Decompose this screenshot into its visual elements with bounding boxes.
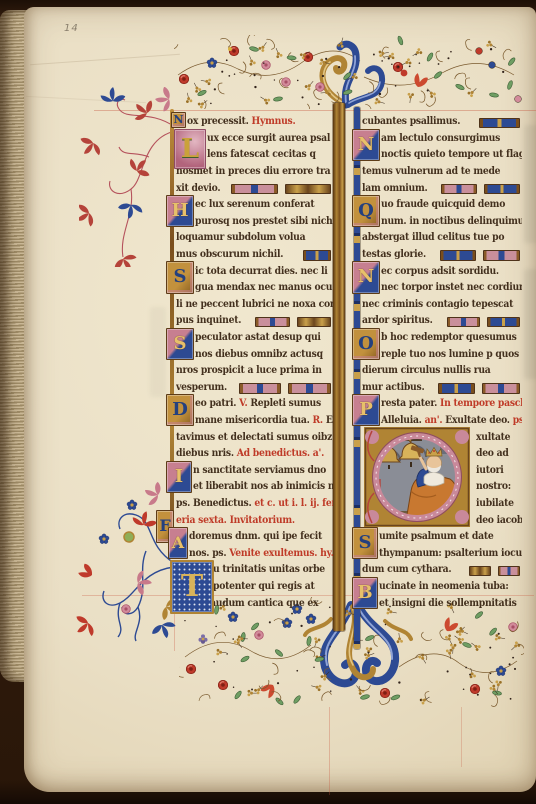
- vine-curl-motif: [174, 40, 179, 51]
- line-text: resta pater. In tempore pasch.: [381, 397, 522, 409]
- border-dot-motif: [213, 661, 215, 663]
- border-dot-motif: [510, 698, 512, 700]
- line-filler: [231, 184, 277, 195]
- line-text: umite psalmum et date: [379, 530, 493, 542]
- line-text: loquamur subdolum volua: [176, 231, 305, 243]
- border-dot-motif: [397, 66, 399, 68]
- text-line: doremus dnm. qui ipe fecit: [176, 528, 333, 545]
- manuscript-page: 14: [24, 7, 536, 792]
- line-text: n sanctitate serviamus dno: [193, 464, 326, 476]
- gold-trefoil-motif: [200, 77, 211, 85]
- intercolumn-bar: [333, 103, 345, 631]
- leaf-motif: [250, 622, 259, 631]
- text-column-right: cubantes psallimus.am lectulo consurgimu…: [362, 113, 522, 615]
- line-text: deo iacob.: [476, 514, 522, 526]
- body-text: loquamur subdolum volua: [176, 231, 305, 243]
- line-text: deo ad: [476, 447, 509, 459]
- illuminated-initial: N: [352, 261, 380, 293]
- border-dot-motif: [489, 647, 491, 649]
- body-text: ps. Benedictus.: [176, 497, 254, 509]
- gold-trefoil-motif: [407, 93, 414, 104]
- illuminated-initial: S: [166, 328, 194, 360]
- line-text: li ne peccent lubrici ne noxa cor: [176, 298, 333, 310]
- text-line: nos. ps. Venite exultemus. hy.: [176, 545, 333, 562]
- line-filler: [479, 118, 520, 129]
- leaf-motif: [234, 690, 243, 700]
- illuminated-initial: N: [352, 129, 380, 161]
- line-text: iubilate: [476, 497, 514, 509]
- gold-trefoil-motif: [310, 683, 321, 692]
- line-text: mus obscurum nichil.: [176, 248, 283, 260]
- gold-trefoil-motif: [304, 79, 315, 91]
- text-line: lam omnium.: [362, 179, 522, 196]
- text-line: ucinate in neomenia tuba:: [362, 578, 522, 595]
- gold-trefoil-motif: [453, 633, 465, 644]
- text-line: pus inquinet.: [176, 312, 333, 329]
- line-text: xit devio.: [176, 182, 220, 194]
- line-text: purosq nos prestet sibi nichil: [195, 215, 333, 227]
- gold-trefoil-motif: [378, 49, 389, 57]
- body-text: xit devio.: [176, 182, 220, 194]
- rubric-text: Venite exultemus. hy.: [229, 547, 333, 559]
- line-text: Alleluia. an'. Exultate deo. ps. id.: [381, 414, 522, 426]
- line-filler: [285, 184, 331, 195]
- vine-curl-motif: [463, 77, 475, 90]
- text-line: et insigni die sollempnitatis: [362, 594, 522, 611]
- text-line: ox precessit. Hymnus.: [176, 113, 333, 130]
- body-text: nos diebus omnibz actusq: [195, 348, 323, 360]
- line-text: ux ecce surgit aurea psal: [207, 132, 330, 144]
- rubric-text: eria sexta. Invitatorium.: [176, 514, 295, 526]
- line-text: vesperum.: [176, 381, 227, 393]
- border-dot-motif: [385, 624, 387, 626]
- border-dot-motif: [226, 653, 228, 655]
- line-filler: [447, 317, 480, 328]
- body-text: Exultate deo.: [445, 414, 512, 426]
- line-text: u trinitatis unitas orbe: [213, 563, 325, 575]
- border-dot-motif: [318, 103, 320, 105]
- line-text: lam omnium.: [362, 182, 427, 194]
- line-text: nos. ps. Venite exultemus. hy.: [189, 547, 333, 559]
- illuminated-initial: D: [166, 394, 194, 426]
- text-line: am lectulo consurgimus: [362, 130, 522, 147]
- line-text: diebus nris. Ad benedictus. a'.: [176, 447, 324, 459]
- text-column-left: ox precessit. Hymnus.Nux ecce surgit aur…: [176, 113, 333, 615]
- leaf-motif: [240, 632, 245, 642]
- body-text: ec corpus adsit sordidu.: [381, 265, 499, 277]
- text-line: nos diebus omnibz actusq: [176, 345, 333, 362]
- leaf-motif: [397, 35, 404, 45]
- text-line: gua mendax nec manus ocu: [176, 279, 333, 296]
- border-dot-motif: [269, 621, 271, 623]
- miniature-david-bells: [364, 427, 470, 527]
- rubric-text: In tempore pasch.: [440, 397, 522, 409]
- body-text: Repleti sumus: [250, 397, 321, 409]
- line-text: nros prospicit a luce prima in: [176, 364, 322, 376]
- gold-trefoil-motif: [184, 92, 192, 103]
- border-dot-motif: [277, 682, 279, 684]
- body-text: pus inquinet.: [176, 314, 241, 326]
- body-text: lam omnium.: [362, 182, 427, 194]
- body-text: num. in noctibus delinquimus: [381, 215, 522, 227]
- vine-curl-motif: [434, 50, 447, 63]
- border-dot-motif: [210, 103, 212, 105]
- text-line: num. in noctibus delinquimus: [362, 213, 522, 230]
- body-text: ic tota decurrat dies. nec li: [195, 265, 327, 277]
- body-text: nec criminis contagio tepescat: [362, 298, 513, 310]
- line-text: cubantes psallimus.: [362, 115, 460, 127]
- body-text: nostro:: [476, 480, 511, 492]
- body-text: uo fraude quicquid demo: [381, 198, 505, 210]
- illuminated-initial: I: [166, 461, 192, 493]
- border-dot-motif: [232, 638, 234, 640]
- border-dot-motif: [447, 670, 449, 672]
- text-line: testas glorie.: [362, 246, 522, 263]
- body-text: umite psalmum et date: [379, 530, 493, 542]
- body-text: b hoc redemptor quesumus: [381, 331, 517, 343]
- border-dot-motif: [234, 73, 236, 75]
- body-text: resta pater.: [381, 397, 440, 409]
- illuminated-initial: S: [352, 527, 378, 559]
- vine-curl-motif: [302, 104, 309, 109]
- border-dot-motif: [391, 63, 393, 65]
- body-text: lens fatescat cecitas q: [207, 148, 316, 160]
- line-filler: [288, 383, 331, 394]
- text-line: dierum circulus nullis rua: [362, 362, 522, 379]
- leaf-motif: [365, 634, 375, 641]
- vine-curl-motif: [320, 690, 332, 703]
- line-text: gua mendax nec manus ocu: [195, 281, 332, 293]
- line-text: iutori: [476, 464, 503, 476]
- show-through-smudge: [524, 269, 536, 379]
- border-dot-motif: [338, 66, 340, 68]
- text-line: vesperum.: [176, 379, 333, 396]
- body-text: deo iacob.: [476, 514, 522, 526]
- line-text: num. in noctibus delinquimus: [381, 215, 522, 227]
- leaf-motif: [287, 55, 297, 60]
- border-dot-motif: [465, 667, 467, 669]
- illuminated-initial: N: [171, 112, 186, 128]
- rubric-text: Hymnus.: [252, 115, 296, 127]
- line-text: uo fraude quicquid demo: [381, 198, 505, 210]
- text-line: thympanum: psalterium iocun: [362, 545, 522, 562]
- border-dot-motif: [301, 96, 303, 98]
- line-text: nostro:: [476, 480, 511, 492]
- border-dot-motif: [330, 690, 332, 692]
- body-text: mus obscurum nichil.: [176, 248, 283, 260]
- body-text: nec torpor instet nec cordium: [381, 281, 522, 293]
- border-dot-motif: [450, 51, 452, 53]
- body-text: gua mendax nec manus ocu: [195, 281, 332, 293]
- border-dot-motif: [274, 79, 275, 80]
- border-dot-motif: [409, 65, 411, 67]
- line-text: nec torpor instet nec cordium: [381, 281, 522, 293]
- gold-trefoil-motif: [509, 641, 521, 653]
- body-text: testas glorie.: [362, 248, 426, 260]
- vine-curl-motif: [219, 37, 232, 48]
- line-text: ucinate in neomenia tuba:: [379, 580, 508, 592]
- text-line: tavimus et delectati sumus oibz: [176, 428, 333, 445]
- body-text: tavimus et delectati sumus oibz: [176, 431, 332, 443]
- line-text: et insigni die sollempnitatis: [379, 597, 517, 609]
- text-line: dum cum cythara.: [362, 561, 522, 578]
- border-dot-motif: [350, 678, 352, 680]
- body-text: temus vulnerum ad te mede: [362, 165, 500, 177]
- line-text: ps. Benedictus. et c. ut i. l. ij. ferie…: [176, 497, 333, 509]
- line-text: ardor spiritus.: [362, 314, 433, 326]
- gold-trefoil-motif: [446, 649, 454, 660]
- vine-curl-motif: [420, 632, 433, 642]
- text-line: et liberabit nos ab inimicis nris.: [176, 478, 333, 495]
- border-dot-motif: [502, 71, 504, 73]
- vine-curl-motif: [268, 662, 280, 675]
- text-line: mur actibus.: [362, 379, 522, 396]
- border-dot-motif: [373, 54, 375, 56]
- line-filler: [441, 184, 477, 195]
- border-dot-motif: [498, 633, 500, 635]
- body-text: li ne peccent lubrici ne noxa cor: [176, 298, 333, 310]
- border-dot-motif: [490, 48, 492, 50]
- body-text: Exul: [326, 414, 333, 426]
- text-line: diebus nris. Ad benedictus. a'.: [176, 445, 333, 462]
- line-text: nos diebus omnibz actusq: [195, 348, 323, 360]
- line-text: ic tota decurrat dies. nec li: [195, 265, 327, 277]
- border-dot-motif: [233, 687, 234, 688]
- text-line: purosq nos prestet sibi nichil: [176, 213, 333, 230]
- border-dot-motif: [427, 89, 429, 91]
- line-text: abstergat illud celitus tue po: [362, 231, 504, 243]
- text-line: temus vulnerum ad te mede: [362, 163, 522, 180]
- border-dot-motif: [254, 74, 256, 76]
- text-line: uo fraude quicquid demo: [362, 196, 522, 213]
- body-text: doremus dnm. qui ipe fecit: [189, 530, 322, 542]
- gold-trefoil-motif: [197, 98, 209, 109]
- body-text: ox precessit.: [187, 115, 252, 127]
- illuminated-initial: H: [166, 195, 194, 227]
- illuminated-initial: S: [166, 261, 194, 293]
- text-line: mus obscurum nichil.: [176, 246, 333, 263]
- text-line: ardor spiritus.: [362, 312, 522, 329]
- border-dot-motif: [254, 86, 256, 88]
- border-dot-motif: [367, 652, 369, 654]
- border-dot-motif: [509, 663, 511, 665]
- line-text: mane misericordia tua. R. Exul: [195, 414, 333, 426]
- text-line: noctis quieto tempore ut flagi: [362, 146, 522, 163]
- gold-trefoil-motif: [411, 48, 423, 59]
- line-filler: [303, 250, 331, 261]
- border-dot-motif: [263, 62, 265, 64]
- body-text: dum cum cythara.: [362, 563, 451, 575]
- border-dot-motif: [322, 75, 324, 77]
- rubric-text: an'.: [425, 414, 446, 426]
- leaf-motif: [390, 694, 400, 701]
- illuminated-initial: L: [174, 129, 206, 169]
- body-text: potenter qui regis at: [213, 580, 314, 592]
- border-dot-motif: [420, 699, 422, 701]
- text-line: nec criminis contagio tepescat: [362, 296, 522, 313]
- vine-curl-motif: [514, 642, 524, 655]
- illuminated-initial: P: [352, 394, 380, 426]
- text-line: xit devio.: [176, 179, 333, 196]
- gold-trefoil-motif: [246, 54, 256, 66]
- gold-trefoil-motif: [494, 680, 502, 691]
- line-text: peculator astat desup qui: [195, 331, 321, 343]
- line-filler: [483, 250, 520, 261]
- border-dot-motif: [477, 694, 479, 696]
- line-filler: [484, 184, 520, 195]
- body-text: Alleluia.: [381, 414, 425, 426]
- line-text: mur actibus.: [362, 381, 424, 393]
- border-dot-motif: [388, 57, 390, 59]
- body-text: peculator astat desup qui: [195, 331, 321, 343]
- illuminated-initial: B: [352, 577, 378, 609]
- vine-curl-motif: [213, 630, 226, 643]
- border-dot-motif: [313, 666, 315, 668]
- body-text: nos. ps.: [189, 547, 229, 559]
- rubric-text: ps. id.: [513, 414, 522, 426]
- border-dot-motif: [514, 668, 516, 670]
- body-text: abstergat illud celitus tue po: [362, 231, 504, 243]
- text-line: cubantes psallimus.: [362, 113, 522, 130]
- left-margin-spray-top: [79, 87, 179, 267]
- text-line: mane misericordia tua. R. Exul: [176, 412, 333, 429]
- vine-curl-motif: [198, 692, 211, 705]
- leaf-motif: [275, 697, 285, 706]
- line-text: eria sexta. Invitatorium.: [176, 514, 295, 526]
- body-text: diebus nris.: [176, 447, 237, 459]
- body-text: iutori: [476, 464, 503, 476]
- line-text: lens fatescat cecitas q: [207, 148, 316, 160]
- gold-trefoil-motif: [216, 649, 226, 656]
- line-text: pus inquinet.: [176, 314, 241, 326]
- illuminated-initial: O: [352, 328, 380, 360]
- border-dot-motif: [415, 54, 416, 55]
- top-floral-border: [174, 35, 522, 109]
- show-through-smudge: [150, 307, 166, 397]
- ruling-line: [461, 707, 462, 767]
- manuscript-photo: 14: [0, 0, 536, 804]
- body-text: purosq nos prestet sibi nichil: [195, 215, 333, 227]
- gold-trefoil-motif: [418, 653, 429, 665]
- line-text: b hoc redemptor quesumus: [381, 331, 517, 343]
- line-filler: [498, 566, 520, 577]
- line-filler: [469, 566, 491, 577]
- text-line: ps. Benedictus. et c. ut i. l. ij. ferie…: [176, 495, 333, 512]
- vine-curl-motif: [361, 103, 374, 109]
- border-dot-motif: [447, 57, 449, 59]
- border-dot-motif: [296, 670, 298, 672]
- body-text: ardor spiritus.: [362, 314, 433, 326]
- line-filler: [438, 383, 476, 394]
- text-line: li ne peccent lubrici ne noxa cor: [176, 296, 333, 313]
- line-text: testas glorie.: [362, 248, 426, 260]
- body-text: xultate: [476, 431, 510, 443]
- vine-curl-motif: [179, 666, 187, 679]
- vine-curl-motif: [303, 650, 315, 658]
- gold-trefoil-motif: [396, 633, 403, 644]
- line-text: thympanum: psalterium iocun: [379, 547, 522, 559]
- text-line: n sanctitate serviamus dno: [176, 462, 333, 479]
- line-text: reple tuo nos lumine p quos: [381, 348, 519, 360]
- body-text: n sanctitate serviamus dno: [193, 464, 326, 476]
- text-line: ic tota decurrat dies. nec li: [176, 262, 333, 279]
- border-dot-motif: [214, 88, 216, 90]
- text-line: umite psalmum et date: [362, 528, 522, 545]
- gold-trefoil-motif: [425, 87, 436, 99]
- line-filler: [487, 317, 520, 328]
- rubric-text: et c. ut i. l. ij. ferie.: [254, 497, 333, 509]
- line-text: tavimus et delectati sumus oibz: [176, 431, 332, 443]
- line-text: potenter qui regis at: [213, 580, 314, 592]
- border-dot-motif: [215, 626, 216, 627]
- text-line: ec corpus adsit sordidu.: [362, 262, 522, 279]
- parchment-crease: [30, 54, 180, 65]
- border-dot-motif: [379, 93, 381, 95]
- folio-number: 14: [64, 23, 79, 34]
- text-line: ec lux serenum conferat: [176, 196, 333, 213]
- body-text: et insigni die sollempnitatis: [379, 597, 517, 609]
- border-dot-motif: [395, 85, 397, 87]
- body-text: nros prospicit a luce prima in: [176, 364, 322, 376]
- rubric-text: Ad benedictus. a'.: [237, 447, 324, 459]
- acanthus-ornament: [322, 44, 382, 105]
- leaf-motif: [507, 57, 516, 67]
- gold-trefoil-motif: [258, 41, 269, 53]
- body-text: et liberabit nos ab inimicis nris.: [193, 480, 333, 492]
- line-filler: [239, 383, 282, 394]
- text-line: abstergat illud celitus tue po: [362, 229, 522, 246]
- body-text: cubantes psallimus.: [362, 115, 460, 127]
- text-line: Alleluia. an'. Exultate deo. ps. id.: [362, 412, 522, 429]
- body-text: mane misericordia tua.: [195, 414, 312, 426]
- vine-curl-motif: [502, 48, 511, 61]
- border-dot-motif: [490, 673, 491, 674]
- line-text: xultate: [476, 431, 510, 443]
- illuminated-initial: T: [170, 560, 214, 614]
- line-text: dierum circulus nullis rua: [362, 364, 491, 376]
- text-line: eo patri. V. Repleti sumus: [176, 395, 333, 412]
- border-dot-motif: [329, 646, 330, 647]
- vine-curl-motif: [453, 71, 466, 83]
- body-text: ucinate in neomenia tuba:: [379, 580, 508, 592]
- text-line: peculator astat desup qui: [176, 329, 333, 346]
- body-text: u trinitatis unitas orbe: [213, 563, 325, 575]
- body-text: ec lux serenum conferat: [195, 198, 314, 210]
- border-dot-motif: [300, 625, 302, 627]
- body-text: reple tuo nos lumine p quos: [381, 348, 519, 360]
- gold-trefoil-motif: [259, 94, 271, 105]
- line-filler: [440, 250, 477, 261]
- vine-curl-motif: [247, 35, 254, 45]
- show-through-smudge: [524, 125, 536, 243]
- text-line: nec torpor instet nec cordium: [362, 279, 522, 296]
- line-text: eo patri. V. Repleti sumus: [195, 397, 321, 409]
- body-text: noctis quieto tempore ut flagi: [381, 148, 522, 160]
- gold-trefoil-motif: [273, 47, 283, 59]
- vine-curl-motif: [416, 90, 427, 103]
- line-text: ox precessit. Hymnus.: [187, 115, 295, 127]
- border-dot-motif: [325, 58, 327, 60]
- body-text: dierum circulus nullis rua: [362, 364, 491, 376]
- text-line: resta pater. In tempore pasch.: [362, 395, 522, 412]
- line-text: noctis quieto tempore ut flagi: [381, 148, 522, 160]
- rubric-text: V.: [239, 397, 250, 409]
- ruling-line: [329, 707, 330, 795]
- text-line: reple tuo nos lumine p quos: [362, 345, 522, 362]
- vine-curl-motif: [216, 82, 229, 95]
- right-column-border-bar: [354, 107, 360, 649]
- text-line: b hoc redemptor quesumus: [362, 329, 522, 346]
